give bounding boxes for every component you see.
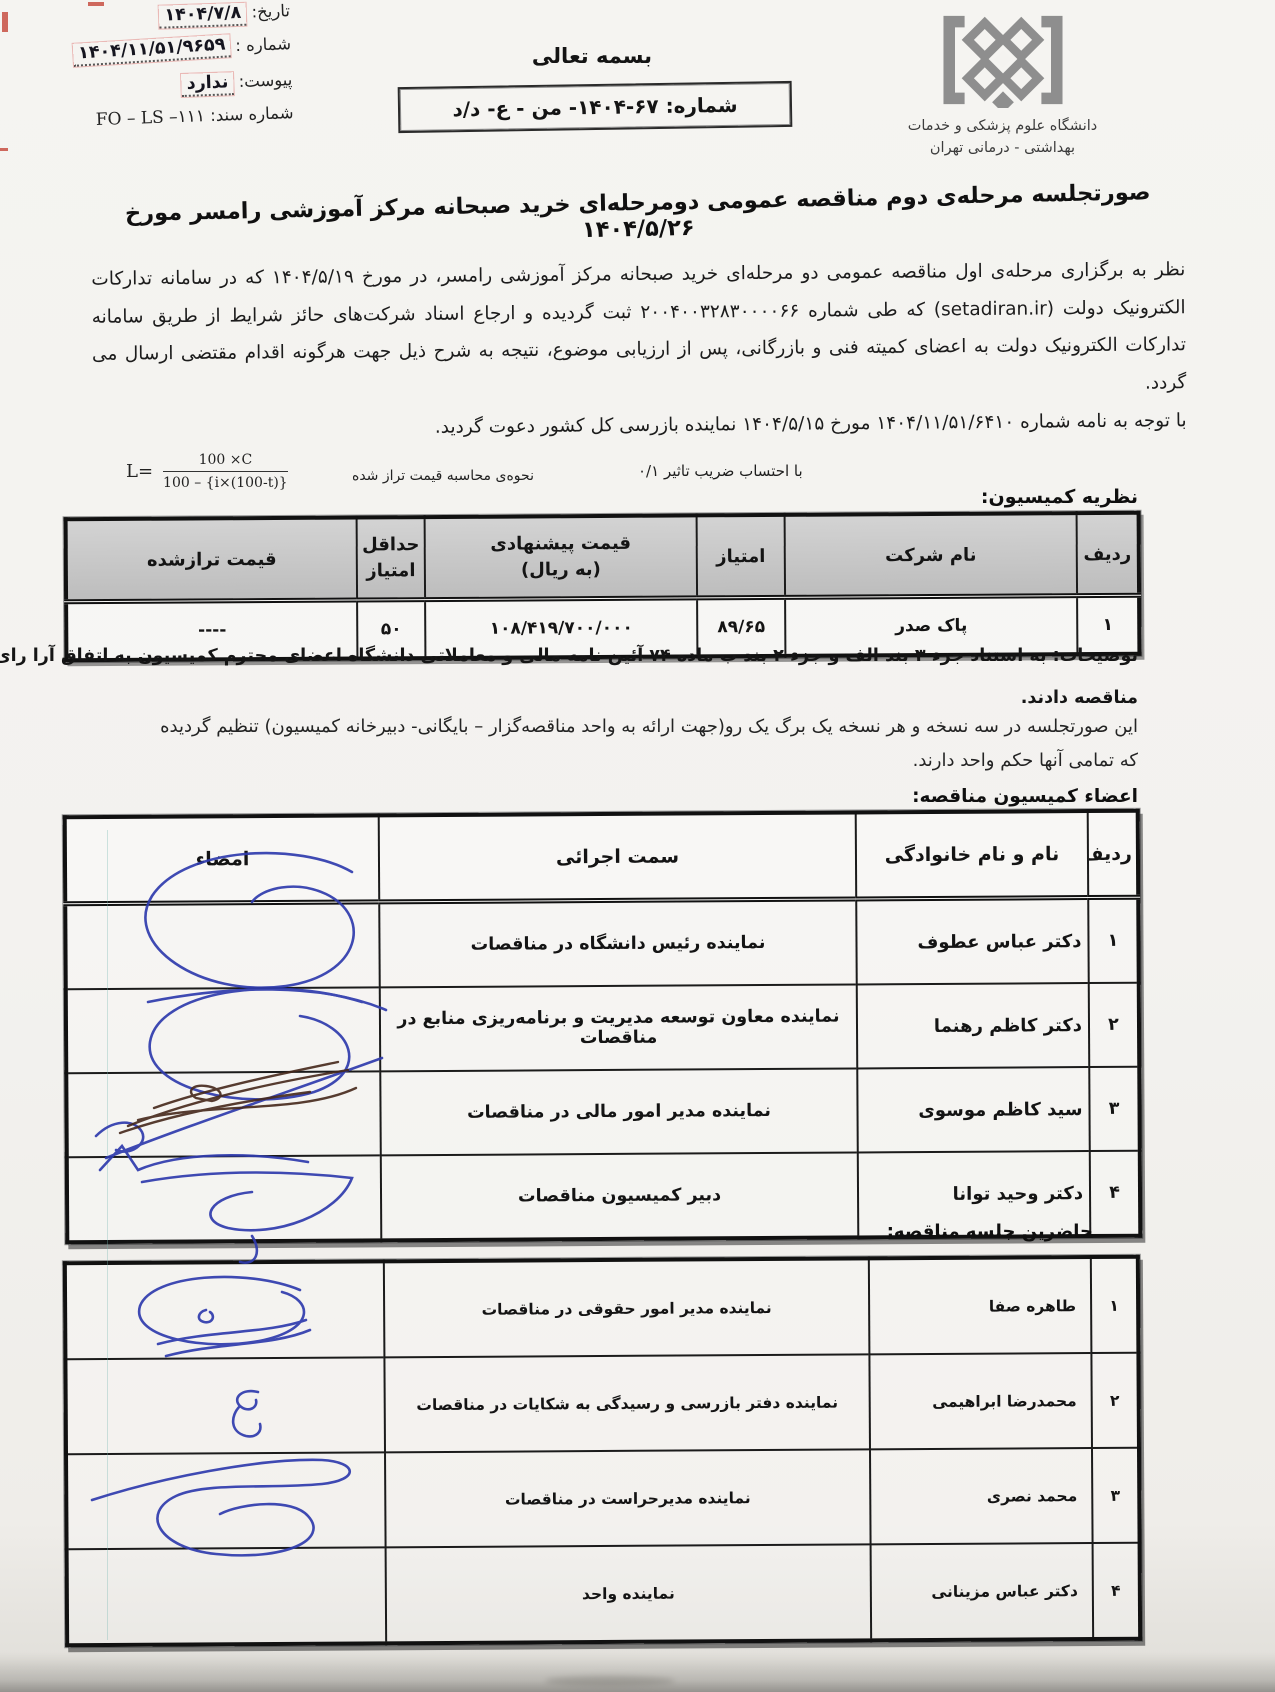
col-leveled-price: قیمت ترازشده	[66, 518, 357, 602]
cell-row-number: ۳	[1092, 1448, 1140, 1543]
member-row: ۱ دکتر عباس عطوف نماینده رئیس دانشگاه در…	[65, 897, 1139, 989]
body-paragraph-block: نظر به برگزاری مرحله‌ی اول مناقصه عمومی …	[91, 251, 1187, 449]
commission-table-header-row: ردیف نام شرکت امتیاز قیمت پیشنهادی (به ر…	[66, 513, 1139, 602]
formula-denominator: 100 – {i×(100-t)}	[163, 472, 288, 491]
attendees-table-heading: حاضرین جلسه مناقصه:	[887, 1221, 1093, 1242]
formula-caption: نحوه‌ی محاسبه قیمت تراز شده	[352, 468, 534, 484]
doc-number-field: شماره سند: FO – LS –۱۱۱	[15, 103, 294, 133]
letter-number-box: شماره: ۶۷‏-۱۴۰۴‏- من - ع- د/د	[398, 81, 793, 133]
members-table-header-row: ردیف نام و نام خانوادگی سمت اجرائی امضاء	[65, 811, 1139, 904]
members-table-heading: اعضاء کمیسیون مناقصه:	[912, 786, 1138, 807]
cell-attendee-name: دکتر عباس مزینانی	[871, 1543, 1094, 1640]
cell-attendee-signature	[66, 1452, 386, 1549]
cell-attendee-name: محمدرضا ابراهیمی	[869, 1353, 1092, 1449]
leveled-price-formula: L= 100 ×C 100 – {i×(100-t)}	[126, 452, 288, 491]
cell-row-number: ۴	[1090, 1151, 1141, 1236]
besmele-text: بسمه تعالی	[402, 44, 782, 68]
notes-copies-line2: که تمامی آنها حکم واحد دارند.	[913, 750, 1138, 771]
col-row-number: ردیف	[1077, 513, 1140, 596]
cell-row-number: ۲	[1089, 983, 1140, 1067]
attendee-row: ۳ محمد نصری نماینده مدیرحراست در مناقصات	[66, 1448, 1140, 1550]
cell-member-name: دکتر کاظم رهنما	[857, 983, 1090, 1068]
attachment-value: ندارد	[181, 72, 234, 97]
col-proposed-price-line1: قیمت پیشنهادی	[430, 530, 692, 558]
col-proposed-price: قیمت پیشنهادی (به ریال)	[425, 515, 697, 599]
scan-red-mark	[88, 2, 104, 6]
cell-attendee-position: نماینده مدیر امور حقوقی در مناقصات	[384, 1258, 870, 1357]
document-title: صورتجلسه مرحله‌ی دوم مناقصه عمومی دومرحل…	[88, 178, 1189, 253]
col-company-name: نام شرکت	[785, 513, 1077, 597]
col-min-score: حداقل امتیاز	[357, 517, 426, 600]
number-field: شماره : ۱۴۰۴/۱۱/۵۱/۹۶۵۹	[13, 34, 292, 67]
cell-row-number: ۳	[1089, 1067, 1140, 1151]
col-row-number: ردیف	[1088, 811, 1139, 898]
doc-number-value: FO – LS –۱۱۱	[95, 106, 205, 130]
notes-bold-line1: توضیحات: به استناد جزء ۳ بند الف و جزء ۲…	[0, 646, 1138, 666]
number-label: شماره :	[235, 34, 291, 55]
doc-number-label: شماره سند:	[210, 103, 294, 125]
number-value: ۱۴۰۴/۱۱/۵۱/۹۶۵۹	[72, 34, 230, 67]
cell-member-position: نماینده مدیر امور مالی در مناقصات	[380, 1068, 858, 1155]
cell-row-number: ۴	[1093, 1543, 1141, 1639]
cell-attendee-name: طاهره صفا	[869, 1257, 1092, 1354]
cell-attendee-signature	[67, 1547, 387, 1645]
col-full-name: نام و نام خانوادگی	[856, 811, 1089, 899]
member-row: ۳ سید کاظم موسوی نماینده مدیر امور مالی …	[66, 1067, 1139, 1158]
col-min-score-line1: حداقل	[362, 532, 420, 558]
cell-row-number: ۱	[1091, 1257, 1139, 1353]
university-name-line1: دانشگاه علوم پزشکی و خدمات	[905, 116, 1100, 138]
col-executive-position: سمت اجرائی	[379, 812, 857, 901]
col-proposed-price-line2: (به ریال)	[430, 556, 692, 584]
date-label: تاریخ:	[251, 1, 290, 21]
scan-red-mark	[2, 12, 8, 32]
commission-opinion-heading: نظریه کمیسیون:	[981, 486, 1138, 508]
cell-attendee-name: محمد نصری	[870, 1448, 1093, 1544]
meta-fields-block: تاریخ: ۱۴۰۴/۷/۸ شماره : ۱۴۰۴/۱۱/۵۱/۹۶۵۹ …	[12, 1, 295, 146]
formula-fraction: 100 ×C 100 – {i×(100-t)}	[163, 452, 288, 491]
cell-row-number: ۱	[1088, 897, 1139, 983]
formula-lhs: L=	[126, 461, 153, 482]
col-signature: امضاء	[65, 815, 380, 903]
cell-attendee-signature	[65, 1357, 385, 1454]
col-score: امتیاز	[697, 515, 786, 598]
cell-member-position: نماینده رئیس دانشگاه در مناقصات	[379, 899, 857, 987]
notes-copies-line1: این صورتجلسه در سه نسخه و هر نسخه یک برگ…	[160, 716, 1138, 737]
cell-row-number: ۲	[1091, 1353, 1139, 1448]
attendee-row: ۴ دکتر عباس مزینانی نماینده واحد	[67, 1543, 1141, 1646]
university-name-line2: بهداشتی - درمانی تهران	[905, 138, 1100, 160]
cell-member-signature	[67, 1155, 382, 1242]
commission-opinion-table: ردیف نام شرکت امتیاز قیمت پیشنهادی (به ر…	[64, 511, 1142, 663]
cell-member-name: دکتر عباس عطوف	[856, 898, 1089, 985]
cell-member-position: دبیر کمیسیون مناقصات	[381, 1152, 859, 1240]
formula-numerator: 100 ×C	[163, 452, 288, 472]
attachment-field: پیوست: ندارد	[14, 70, 293, 100]
cell-attendee-position: نماینده دفتر بازرسی و رسیدگی به شکایات د…	[384, 1354, 870, 1452]
notes-bold-line2: مناقصه دادند.	[1021, 688, 1138, 708]
attendee-row: ۲ محمدرضا ابراهیمی نماینده دفتر بازرسی و…	[65, 1353, 1139, 1455]
col-min-score-line2: امتیاز	[362, 558, 420, 584]
scanned-document-page: تاریخ: ۱۴۰۴/۷/۸ شماره : ۱۴۰۴/۱۱/۵۱/۹۶۵۹ …	[0, 0, 1275, 1692]
scan-cyan-line	[107, 830, 108, 1640]
attendees-table: ۱ طاهره صفا نماینده مدیر امور حقوقی در م…	[63, 1255, 1142, 1648]
university-name: دانشگاه علوم پزشکی و خدمات بهداشتی - درم…	[905, 116, 1100, 160]
cell-attendee-position: نماینده واحد	[386, 1544, 872, 1643]
paper-bottom-shadow	[0, 1652, 1275, 1692]
scan-red-mark	[0, 148, 8, 151]
cell-attendee-position: نماینده مدیرحراست در مناقصات	[385, 1449, 871, 1547]
date-value: ۱۴۰۴/۷/۸	[159, 3, 247, 29]
university-logo-block: دانشگاه علوم پزشکی و خدمات بهداشتی - درم…	[905, 12, 1100, 160]
member-row: ۲ دکتر کاظم رهنما نماینده معاون توسعه مد…	[66, 983, 1139, 1074]
main-paragraph: نظر به برگزاری مرحله‌ی اول مناقصه عمومی …	[91, 251, 1186, 411]
cell-member-position: نماینده معاون توسعه مدیریت و برنامه‌ریزی…	[380, 984, 858, 1071]
commission-members-table: ردیف نام و نام خانوادگی سمت اجرائی امضاء…	[63, 809, 1143, 1245]
letter-number-text: شماره: ۶۷‏-۱۴۰۴‏- من - ع- د/د	[452, 93, 737, 121]
date-field: تاریخ: ۱۴۰۴/۷/۸	[12, 1, 291, 31]
cell-member-name: سید کاظم موسوی	[857, 1067, 1090, 1152]
cell-attendee-signature	[65, 1261, 385, 1359]
attachment-label: پیوست:	[238, 70, 292, 91]
attendee-row: ۱ طاهره صفا نماینده مدیر امور حقوقی در م…	[65, 1257, 1139, 1360]
cell-member-signature	[65, 902, 380, 989]
university-emblem-icon	[934, 12, 1072, 108]
coefficient-note: با احتساب ضریب تاثیر ۰/۱	[638, 462, 803, 480]
cell-member-signature	[66, 1071, 381, 1157]
cell-member-signature	[66, 987, 381, 1073]
